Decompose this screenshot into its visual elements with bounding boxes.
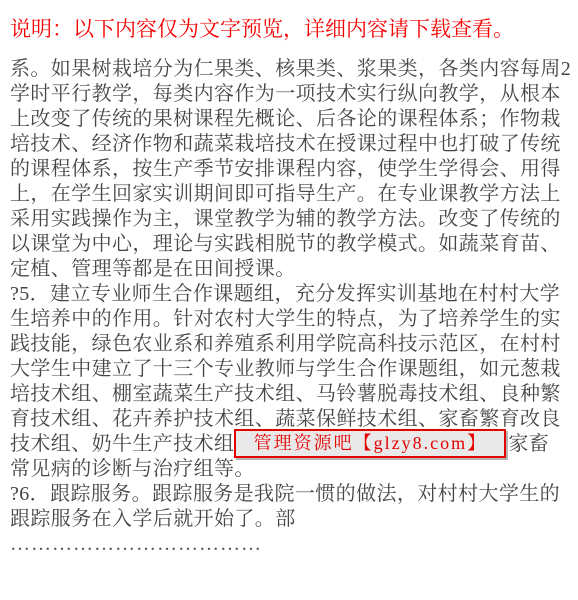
text-line: 定植、管理等都是在田间授课。 [10,257,572,282]
preview-notice: 说明：以下内容仅为文字预览，详细内容请下载查看。 [10,16,514,42]
text-line-left: 技术组、奶牛生产技术组 [10,432,234,457]
ellipsis-line: ……………………………… [10,532,572,557]
text-line: 培技术组、棚室蔬菜生产技术组、马铃薯脱毒技术组、良种繁 [10,382,572,407]
text-line: ?6．跟踪服务。跟踪服务是我院一惯的做法，对村村大学生的 [10,482,572,507]
text-line: 培技术、经济作物和蔬菜栽培技术在授课过程中也打破了传统 [10,132,572,157]
text-line: 系。如果树栽培分为仁果类、核果类、浆果类，各类内容每周2 [10,57,572,82]
text-line: 践技能，绿色农业系和养殖系利用学院高科技示范区，在村村 [10,332,572,357]
text-line-right: 家畜 [508,432,549,457]
watermark-badge[interactable]: 管理资源吧【glzy8.com】 [234,429,506,458]
text-line: 生培养中的作用。针对农村大学生的特点，为了培养学生的实 [10,307,572,332]
preview-body: 系。如果树栽培分为仁果类、核果类、浆果类，各类内容每周2 学时平行教学，每类内容… [10,57,572,557]
text-line: 学时平行教学，每类内容作为一项技术实行纵向教学，从根本 [10,82,572,107]
text-line: 上，在学生回家实训期间即可指导生产。在专业课教学方法上 [10,182,572,207]
text-line: ?5．建立专业师生合作课题组，充分发挥实训基地在村村大学 [10,282,572,307]
text-line: 采用实践操作为主，课堂教学为辅的教学方法。改变了传统的 [10,207,572,232]
text-preview-page: 说明：以下内容仅为文字预览，详细内容请下载查看。 系。如果树栽培分为仁果类、核果… [0,0,578,600]
text-line: 的课程体系，按生产季节安排课程内容，使学生学得会、用得 [10,157,572,182]
text-line-with-watermark: 技术组、奶牛生产技术组 管理资源吧【glzy8.com】 家畜 [10,432,572,457]
text-line: 以课堂为中心，理论与实践相脱节的教学模式。如蔬菜育苗、 [10,232,572,257]
text-line: 跟踪服务在入学后就开始了。部 [10,507,572,532]
text-line: 大学生中建立了十三个专业教师与学生合作课题组，如元葱栽 [10,357,572,382]
text-line: 常见病的诊断与治疗组等。 [10,457,572,482]
text-line: 上改变了传统的果树课程先概论、后各论的课程体系；作物栽 [10,107,572,132]
